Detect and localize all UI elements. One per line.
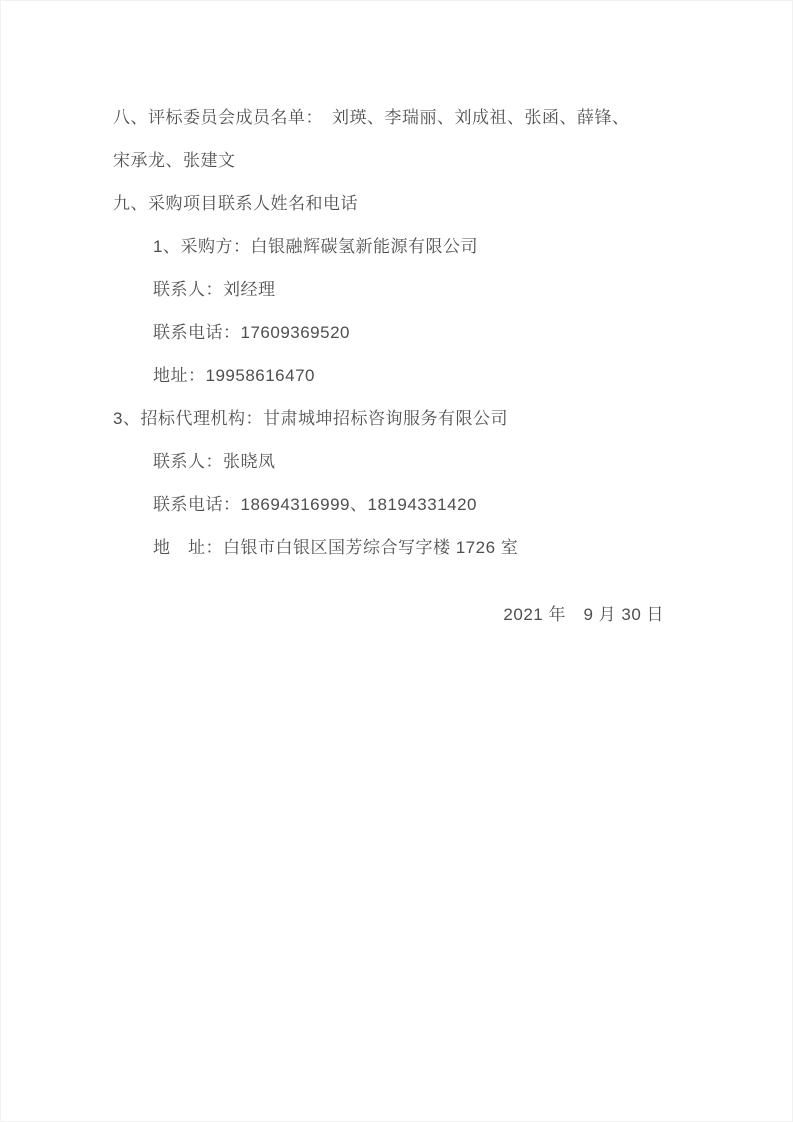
paragraph-line: 1、采购方：白银融辉碳氢新能源有限公司 — [113, 225, 692, 268]
document-page: 八、评标委员会成员名单： 刘瑛、李瑞丽、刘成祖、张函、薛锋、 宋承龙、张建文 九… — [0, 0, 793, 1122]
paragraph-line: 地 址：白银市白银区国芳综合写字楼 1726 室 — [113, 526, 692, 569]
date-line: 2021 年 9 月 30 日 — [113, 593, 692, 636]
paragraph-line: 八、评标委员会成员名单： 刘瑛、李瑞丽、刘成祖、张函、薛锋、 — [113, 96, 692, 139]
paragraph-line: 联系电话：17609369520 — [113, 311, 692, 354]
paragraph-line: 联系电话：18694316999、18194331420 — [113, 483, 692, 526]
paragraph-line: 宋承龙、张建文 — [113, 139, 692, 182]
paragraph-line: 3、招标代理机构：甘肃城坤招标咨询服务有限公司 — [113, 397, 692, 440]
paragraph-line: 联系人：刘经理 — [113, 268, 692, 311]
paragraph-line: 九、采购项目联系人姓名和电话 — [113, 182, 692, 225]
document-body: 八、评标委员会成员名单： 刘瑛、李瑞丽、刘成祖、张函、薛锋、 宋承龙、张建文 九… — [113, 96, 692, 636]
paragraph-line: 地址：19958616470 — [113, 354, 692, 397]
paragraph-line: 联系人：张晓凤 — [113, 440, 692, 483]
